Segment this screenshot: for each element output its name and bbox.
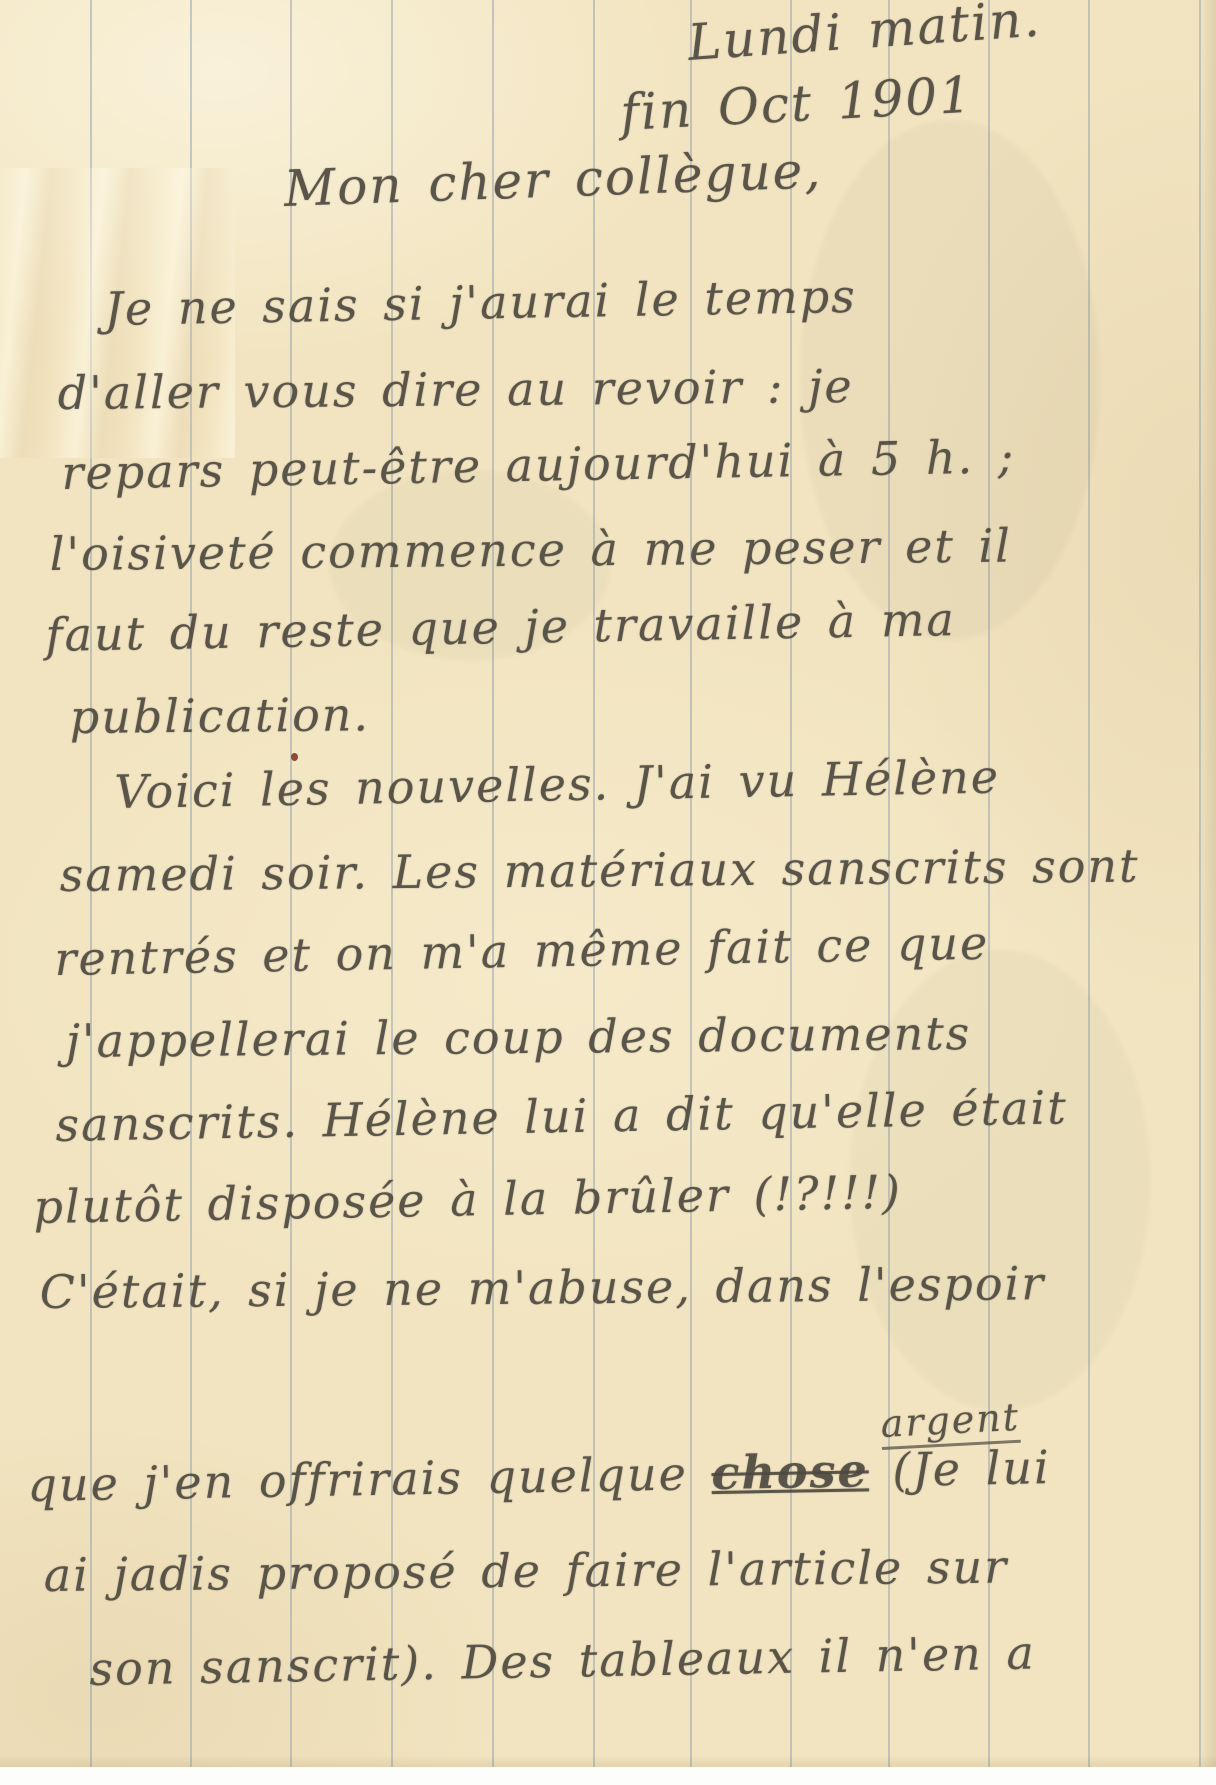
line-text: (Je lui [868, 1440, 1051, 1497]
paper-edge-shadow [1200, 0, 1216, 1767]
handwritten-line: ai jadis proposé de faire l'article sur [44, 1540, 1009, 1602]
handwritten-line: j'appellerai le coup des documents [66, 1006, 972, 1068]
scan-backing-strip [0, 1767, 1216, 1785]
handwritten-line: C'était, si je ne m'abuse, dans l'espoir [40, 1256, 1046, 1319]
ink-dot [291, 753, 298, 761]
handwritten-line: publication. [70, 687, 371, 744]
letter-scan: Lundi matin. fin Oct 1901 Mon cher collè… [0, 0, 1216, 1785]
handwritten-line: l'oisiveté commence à me peser et il [50, 519, 1013, 581]
paper-edge-shadow [0, 1755, 1216, 1767]
handwritten-line: samedi soir. Les matériaux sanscrits son… [60, 839, 1140, 902]
handwritten-line: d'aller vous dire au revoir : je [58, 359, 854, 420]
struck-word: chose [711, 1443, 869, 1500]
